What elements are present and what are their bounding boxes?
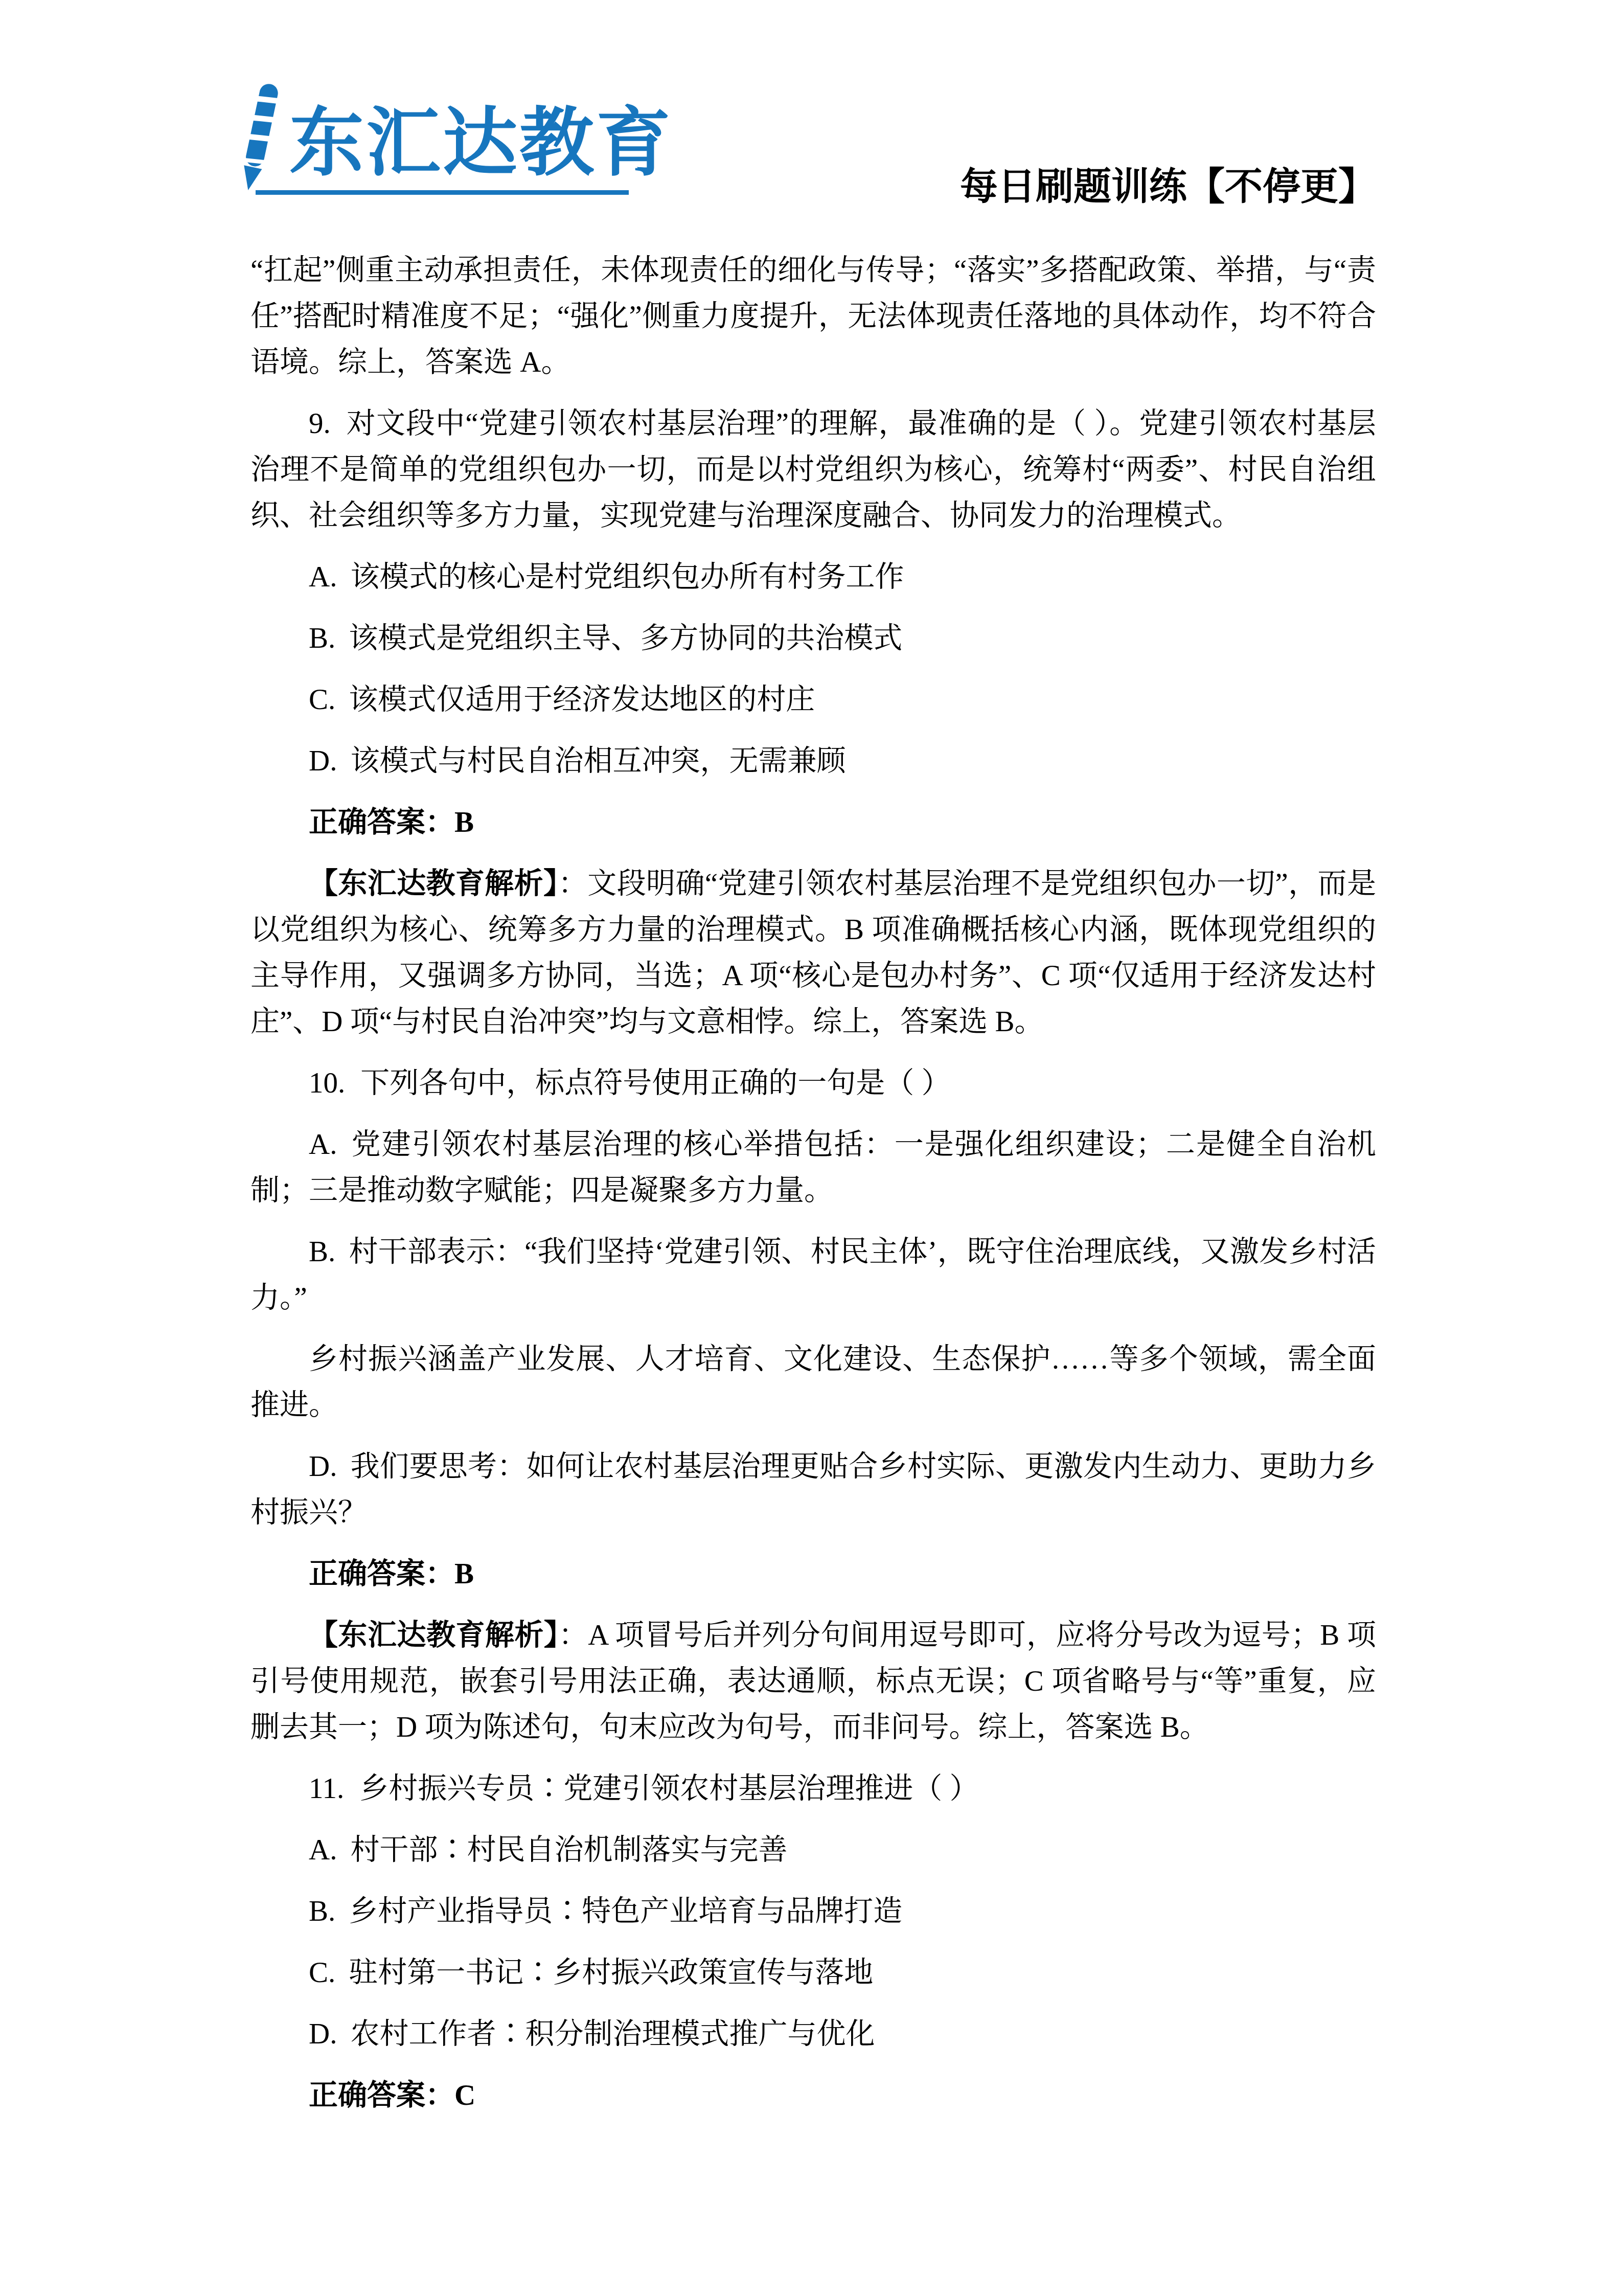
answer-value: B	[454, 806, 474, 838]
option-label: D.	[309, 2018, 337, 2050]
question-9-analysis: 【东汇达教育解析】：文段明确“党建引领农村基层治理不是党组织包办一切”，而是以党…	[250, 861, 1376, 1045]
option-label: A.	[309, 1128, 337, 1161]
option-label: B.	[309, 1236, 335, 1268]
question-11-text: 乡村振兴专员∶党建引领农村基层治理推进（ ）	[359, 1772, 978, 1805]
answer-label: 正确答案：	[309, 806, 454, 838]
header-tagline: 每日刷题训练【不停更】	[960, 165, 1376, 210]
option-text: 村干部∶村民自治机制落实与完善	[350, 1834, 787, 1866]
question-10-option-d: D.我们要思考：如何让农村基层治理更贴合乡村实际、更激发内生动力、更助力乡村振兴…	[250, 1444, 1376, 1536]
question-11-option-d: D.农村工作者∶积分制治理模式推广与优化	[250, 2011, 1376, 2057]
question-10-option-b: B.村干部表示：“我们坚持‘党建引领、村民主体’，既守住治理底线，又激发乡村活力…	[250, 1229, 1376, 1321]
question-11-stem: 11.乡村振兴专员∶党建引领农村基层治理推进（ ）	[250, 1766, 1376, 1812]
question-9-option-c: C.该模式仅适用于经济发达地区的村庄	[250, 677, 1376, 723]
option-text: 驻村第一书记∶乡村振兴政策宣传与落地	[349, 1957, 873, 1989]
answer-label: 正确答案：	[309, 2079, 454, 2111]
pencil-icon	[229, 81, 286, 195]
brand-logo: 东汇达教育	[229, 81, 638, 199]
question-9-number: 9.	[309, 407, 331, 440]
question-10-number: 10.	[309, 1067, 345, 1099]
option-text: 该模式仅适用于经济发达地区的村庄	[349, 684, 815, 716]
answer-label: 正确答案：	[309, 1558, 454, 1590]
option-text: 村干部表示：“我们坚持‘党建引领、村民主体’，既守住治理底线，又激发乡村活力。”	[250, 1236, 1376, 1314]
question-9-text: 对文段中“党建引领农村基层治理”的理解，最准确的是（ ）。党建引领农村基层治理不…	[250, 407, 1376, 532]
answer-value: B	[454, 1558, 474, 1590]
option-text: 乡村产业指导员∶特色产业培育与品牌打造	[349, 1895, 902, 1927]
option-text: 我们要思考：如何让农村基层治理更贴合乡村实际、更激发内生动力、更助力乡村振兴？	[250, 1450, 1376, 1529]
option-text: 该模式是党组织主导、多方协同的共治模式	[349, 622, 902, 654]
question-10-analysis: 【东汇达教育解析】：A 项冒号后并列分句间用逗号即可，应将分号改为逗号；B 项引…	[250, 1612, 1376, 1751]
option-label: A.	[309, 561, 337, 593]
option-label: B.	[309, 1895, 335, 1927]
question-10-stem: 10.下列各句中，标点符号使用正确的一句是（ ）	[250, 1060, 1376, 1106]
question-9-option-d: D.该模式与村民自治相互冲突，无需兼顾	[250, 738, 1376, 784]
option-label: C.	[309, 684, 335, 716]
question-11-option-b: B.乡村产业指导员∶特色产业培育与品牌打造	[250, 1889, 1376, 1935]
analysis-label: 【东汇达教育解析】	[309, 868, 558, 900]
option-text: 农村工作者∶积分制治理模式推广与优化	[350, 2018, 875, 2050]
analysis-label: 【东汇达教育解析】	[309, 1619, 559, 1651]
question-9-option-b: B.该模式是党组织主导、多方协同的共治模式	[250, 616, 1376, 662]
option-label: A.	[309, 1834, 337, 1866]
option-text: 党建引领农村基层治理的核心举措包括：一是强化组织建设；二是健全自治机制；三是推动…	[250, 1128, 1376, 1207]
question-10-answer: 正确答案：B	[250, 1551, 1376, 1597]
option-label: D.	[309, 1450, 337, 1483]
question-11-option-c: C.驻村第一书记∶乡村振兴政策宣传与落地	[250, 1950, 1376, 1996]
question-9-answer: 正确答案：B	[250, 800, 1376, 846]
option-label: D.	[309, 745, 337, 777]
brand-logo-text: 东汇达教育	[289, 105, 673, 180]
option-label: B.	[309, 622, 335, 654]
document-body: “扛起”侧重主动承担责任，未体现责任的细化与传导；“落实”多搭配政策、举措，与“…	[250, 247, 1376, 2134]
question-9-option-a: A.该模式的核心是村党组织包办所有村务工作	[250, 554, 1376, 600]
document-page: 东汇达教育 每日刷题训练【不停更】 “扛起”侧重主动承担责任，未体现责任的细化与…	[0, 0, 1623, 2296]
question-11-number: 11.	[309, 1772, 344, 1805]
brand-logo-underline	[256, 190, 629, 195]
option-text: 该模式的核心是村党组织包办所有村务工作	[350, 561, 904, 593]
question-11-option-a: A.村干部∶村民自治机制落实与完善	[250, 1827, 1376, 1873]
question-10-text: 下列各句中，标点符号使用正确的一句是（ ）	[360, 1067, 950, 1099]
option-label: C.	[309, 1957, 335, 1989]
analysis-continuation-paragraph: “扛起”侧重主动承担责任，未体现责任的细化与传导；“落实”多搭配政策、举措，与“…	[250, 247, 1376, 385]
question-10-option-a: A.党建引领农村基层治理的核心举措包括：一是强化组织建设；二是健全自治机制；三是…	[250, 1122, 1376, 1214]
question-11-answer: 正确答案：C	[250, 2073, 1376, 2119]
option-text: 乡村振兴涵盖产业发展、人才培育、文化建设、生态保护……等多个领域，需全面推进。	[250, 1343, 1376, 1421]
question-9-stem: 9.对文段中“党建引领农村基层治理”的理解，最准确的是（ ）。党建引领农村基层治…	[250, 401, 1376, 539]
question-10-option-c-unlabeled: 乡村振兴涵盖产业发展、人才培育、文化建设、生态保护……等多个领域，需全面推进。	[250, 1336, 1376, 1428]
answer-value: C	[454, 2079, 475, 2111]
option-text: 该模式与村民自治相互冲突，无需兼顾	[350, 745, 845, 777]
